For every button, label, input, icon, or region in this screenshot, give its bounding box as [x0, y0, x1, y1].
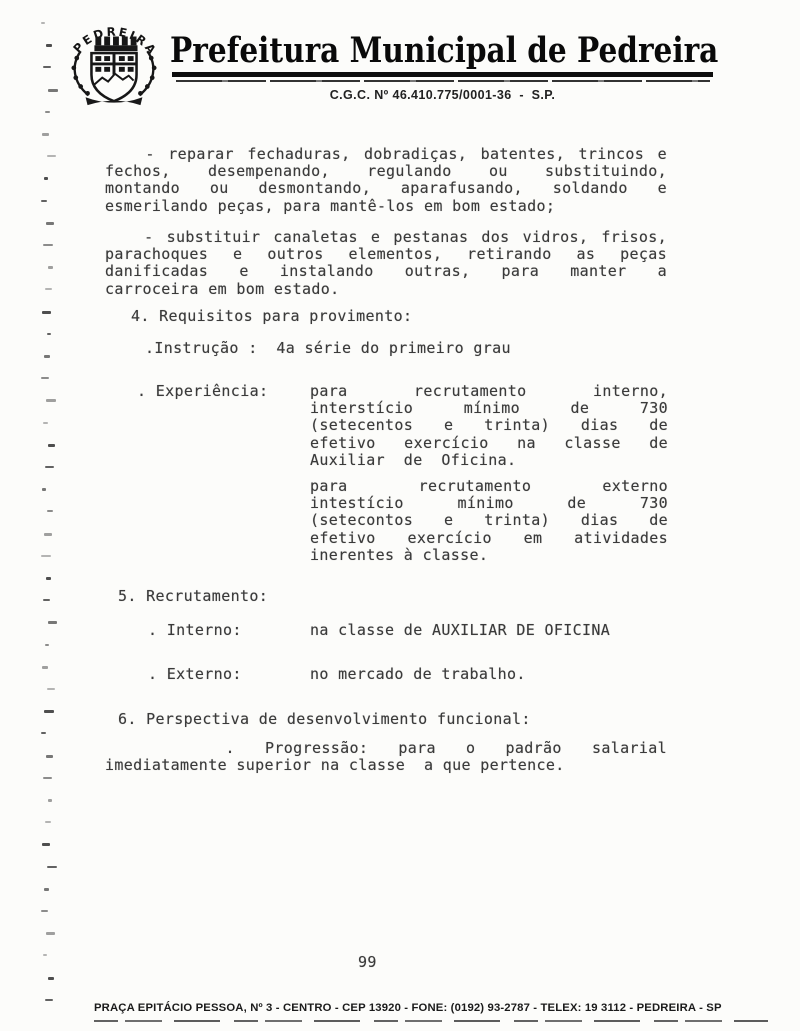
paragraph-replace-parts: - substituir canaletas e pestanas dos vi…: [105, 229, 667, 298]
progressao-paragraph: . Progressão: para o padrão salarialimed…: [105, 740, 667, 774]
section-4-heading: 4. Requisitos para provimento:: [131, 308, 412, 325]
binding-mark: [47, 155, 56, 157]
binding-mark: [47, 333, 51, 335]
mural-crown-icon: [94, 37, 137, 52]
binding-mark: [45, 821, 51, 823]
text-line: . Progressão: para o padrão salarial: [105, 740, 667, 757]
experiencia-label: . Experiência:: [137, 383, 268, 400]
binding-mark: [46, 222, 54, 225]
externo-value: no mercado de trabalho.: [310, 666, 526, 683]
interno-value: na classe de AUXILIAR DE OFICINA: [310, 622, 610, 639]
binding-mark: [43, 954, 47, 956]
binding-mark: [41, 200, 47, 202]
footer-rule-dashed: [94, 1020, 768, 1022]
binding-mark: [41, 22, 45, 24]
binding-mark: [48, 621, 57, 624]
text-line: parachoques e outros elementos, retirand…: [105, 246, 667, 263]
experiencia-externo-block: para recrutamento externointestício míni…: [310, 478, 668, 564]
coat-of-arms-graphic: PEDREIRA: [60, 12, 168, 110]
binding-mark: [46, 755, 53, 758]
text-line: para recrutamento interno,: [310, 383, 668, 400]
binding-mark: [42, 311, 51, 314]
binding-mark: [48, 89, 58, 92]
binding-mark: [47, 866, 57, 868]
text-line: esmerilando peças, para mantê-los em bom…: [105, 198, 667, 215]
binding-mark: [41, 377, 49, 379]
text-line: - reparar fechaduras, dobradiças, batent…: [105, 146, 667, 163]
text-line: fechos, desempenando, regulando ou subst…: [105, 163, 667, 180]
text-line: carroceira em bom estado.: [105, 281, 667, 298]
binding-mark: [41, 732, 46, 734]
binding-mark: [41, 910, 48, 912]
text-line: montando ou desmontando, aparafusando, s…: [105, 180, 667, 197]
binding-mark: [46, 577, 51, 580]
instrucao-line: .Instrução : 4a série do primeiro grau: [145, 340, 511, 357]
document-title: Prefeitura Municipal de Pedreira: [170, 30, 718, 71]
binding-mark: [43, 422, 48, 424]
binding-mark: [46, 932, 55, 935]
text-line: (setecentos e trinta) dias de: [310, 417, 668, 434]
text-line: (setecontos e trinta) dias de: [310, 512, 668, 529]
text-line: efetivo exercício em atividades: [310, 530, 668, 547]
interno-label: . Interno:: [148, 622, 242, 639]
binding-mark: [46, 44, 52, 47]
text-line: - substituir canaletas e pestanas dos vi…: [105, 229, 667, 246]
section-5-heading: 5. Recrutamento:: [118, 588, 268, 605]
binding-mark: [45, 111, 50, 113]
text-line: para recrutamento externo: [310, 478, 668, 495]
binding-mark: [42, 843, 50, 846]
section-6-heading: 6. Perspectiva de desenvolvimento funcio…: [118, 711, 531, 728]
binding-mark: [42, 133, 49, 136]
binding-mark: [42, 666, 48, 669]
binding-mark: [44, 177, 48, 180]
scanned-document-page: PEDREIRA: [0, 0, 800, 1031]
paragraph-repair-locks: - reparar fechaduras, dobradiças, batent…: [105, 146, 667, 215]
text-line: inerentes à classe.: [310, 547, 668, 564]
cgc-number: C.G.C. Nº 46.410.775/0001-36 - S.P.: [172, 88, 713, 102]
binding-mark: [45, 999, 53, 1001]
binding-mark: [44, 533, 52, 536]
binding-mark: [43, 599, 50, 601]
binding-mark: [43, 244, 53, 246]
footer-address-line: PRAÇA EPITÁCIO PESSOA, Nº 3 - CENTRO - C…: [94, 1002, 722, 1014]
text-line: intestício mínimo de 730: [310, 495, 668, 512]
binding-mark: [44, 888, 49, 891]
text-line: efetivo exercício na classe de: [310, 435, 668, 452]
text-line: danificadas e instalando outras, para ma…: [105, 263, 667, 280]
text-line: Auxiliar de Oficina.: [310, 452, 668, 469]
binding-mark: [45, 466, 54, 468]
binding-mark: [48, 444, 55, 447]
binding-mark: [45, 288, 52, 290]
text-line: interstício mínimo de 730: [310, 400, 668, 417]
binding-mark: [44, 710, 54, 713]
binding-mark: [48, 266, 53, 269]
externo-label: . Externo:: [148, 666, 242, 683]
text-line: imediatamente superior na classe a que p…: [105, 757, 667, 774]
binding-mark: [47, 510, 53, 512]
binding-mark: [48, 799, 52, 802]
binding-mark: [41, 555, 51, 557]
binding-mark: [48, 977, 54, 980]
title-rule-thick: [172, 72, 713, 77]
binding-mark: [46, 399, 56, 402]
binding-mark: [42, 488, 46, 491]
binding-mark: [47, 688, 55, 690]
binding-mark: [43, 66, 51, 68]
page-number: 99: [358, 954, 377, 971]
shield-icon: [91, 53, 136, 101]
binding-mark: [44, 355, 50, 358]
experiencia-interno-block: para recrutamento interno,interstício mí…: [310, 383, 668, 469]
pedreira-coat-of-arms: PEDREIRA: [60, 12, 168, 110]
binding-mark: [43, 777, 52, 779]
title-rule-thin: [176, 80, 710, 82]
binding-mark: [45, 644, 49, 646]
